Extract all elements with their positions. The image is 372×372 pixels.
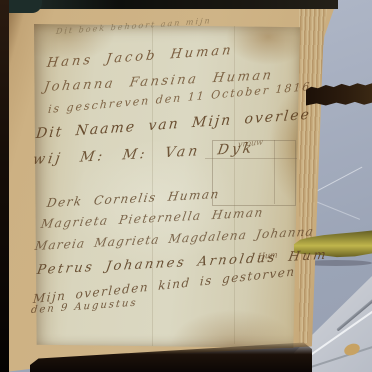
pencil-line-vertical [274,140,275,204]
book-spine [0,0,9,372]
book-top-edge-shadow [0,0,338,9]
photo-of-old-book: Dit boek behoort aan mijn Hans Jacob Hum… [0,0,372,372]
